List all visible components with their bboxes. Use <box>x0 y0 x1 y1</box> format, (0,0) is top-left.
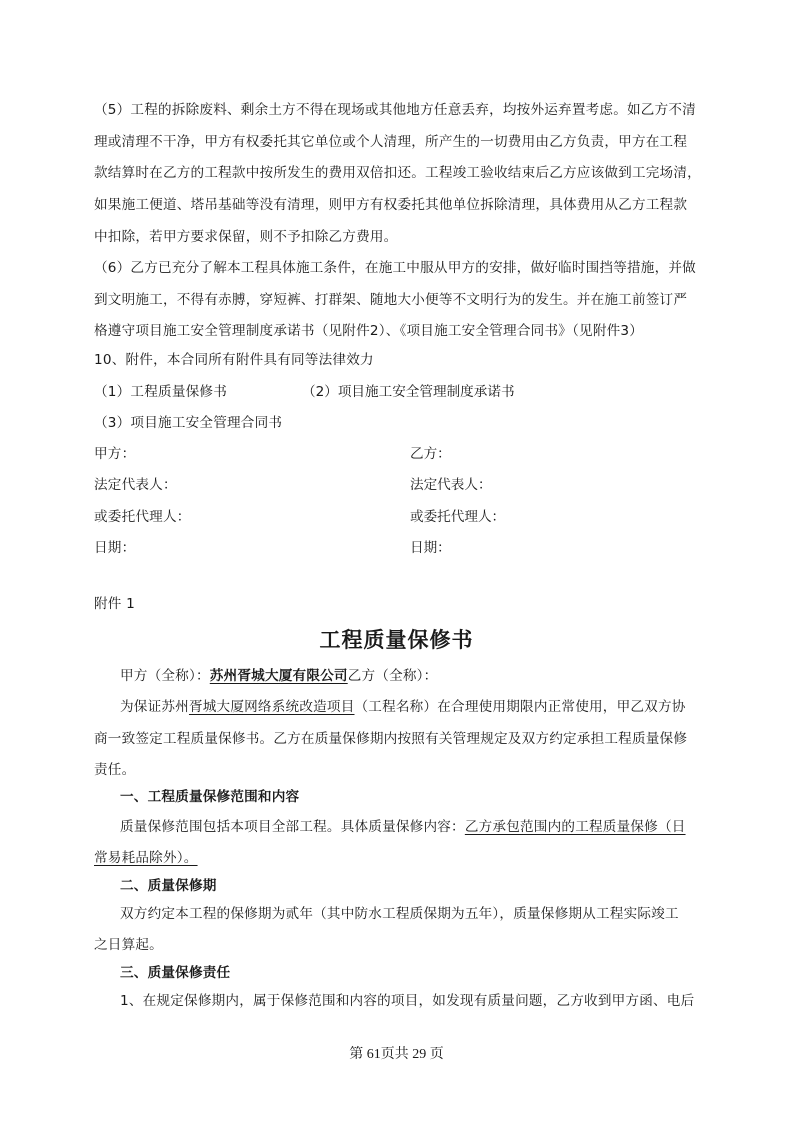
intro-line-3: 责任。 <box>94 760 704 780</box>
section1-line-1: 质量保修范围包括本项目全部工程。具体质量保修内容：乙方承包范围内的工程质量保修（… <box>120 817 730 837</box>
party-b-date: 日期： <box>410 538 451 558</box>
clause6-line-1: （6）乙方已充分了解本工程具体施工条件，在施工中服从甲方的安排，做好临时围挡等措… <box>94 258 704 278</box>
intro-prefix: 为保证苏州 <box>120 699 189 715</box>
clause10: 10、附件，本合同所有附件具有同等法律效力 <box>94 350 704 370</box>
party-a-agent: 或委托代理人： <box>94 507 704 527</box>
document-page: （5）工程的拆除废料、剩余土方不得在现场或其他地方任意丢弃，均按外运弃置考虑。如… <box>0 0 793 1122</box>
party-a-name: 苏州胥城大厦有限公司 <box>210 668 348 684</box>
attachment-3: （3）项目施工安全管理合同书 <box>94 413 704 433</box>
section3-heading: 三、质量保修责任 <box>120 963 730 983</box>
clause6-line-2: 到文明施工，不得有赤膊，穿短裤、打群架、随地大小便等不文明行为的发生。并在施工前… <box>94 290 704 310</box>
warranty-title: 工程质量保修书 <box>0 624 793 654</box>
section1-underlined-2: 常易耗品除外）。 <box>94 850 198 866</box>
page-number-footer: 第 61页共 29 页 <box>0 1043 793 1063</box>
section3-line-1: 1、在规定保修期内，属于保修范围和内容的项目，如发现有质量问题，乙方收到甲方函、… <box>120 991 730 1011</box>
clause5-line-4: 如果施工便道、塔吊基础等没有清理，则甲方有权委托其他单位拆除清理，具体费用从乙方… <box>94 195 704 215</box>
parties-line: 甲方（全称）：苏州胥城大厦有限公司乙方（全称）： <box>120 666 730 686</box>
section1-underlined-1: 乙方承包范围内的工程质量保修（日 <box>465 819 686 835</box>
attachment-2: （2）项目施工安全管理制度承诺书 <box>302 382 515 402</box>
clause6-line-3: 格遵守项目施工安全管理制度承诺书（见附件2）、《项目施工安全管理合同书》（见附件… <box>94 321 704 341</box>
clause5-line-1: （5）工程的拆除废料、剩余土方不得在现场或其他地方任意丢弃，均按外运弃置考虑。如… <box>94 100 704 120</box>
party-a-label: 甲方（全称）： <box>120 668 210 684</box>
party-a-signature-label: 甲方： <box>94 444 704 464</box>
section1-prefix: 质量保修范围包括本项目全部工程。具体质量保修内容： <box>120 819 465 835</box>
party-b-signature-label: 乙方： <box>410 444 451 464</box>
section2-heading: 二、质量保修期 <box>120 876 730 896</box>
project-name: 胥城大厦网络系统改造项目 <box>189 699 355 715</box>
intro-line-2: 商一致签定工程质量保修书。乙方在质量保修期内按照有关管理规定及双方约定承担工程质… <box>94 729 704 749</box>
party-a-date: 日期： <box>94 538 704 558</box>
intro-line-1: 为保证苏州胥城大厦网络系统改造项目（工程名称）在合理使用期限内正常使用，甲乙双方… <box>120 697 730 717</box>
clause5-line-3: 款结算时在乙方的工程款中按所发生的费用双倍扣还。工程竣工验收结束后乙方应该做到工… <box>94 163 704 183</box>
section1-heading: 一、工程质量保修范围和内容 <box>120 787 730 807</box>
section2-line-1: 双方约定本工程的保修期为贰年（其中防水工程质保期为五年），质量保修期从工程实际竣… <box>120 904 730 924</box>
section2-line-2: 之日算起。 <box>94 935 704 955</box>
party-b-agent: 或委托代理人： <box>410 507 505 527</box>
clause5-line-2: 理或清理不干净，甲方有权委托其它单位或个人清理，所产生的一切费用由乙方负责，甲方… <box>94 132 704 152</box>
party-b-legal-rep: 法定代表人： <box>410 475 492 495</box>
party-b-label: 乙方（全称）： <box>348 668 438 684</box>
section1-line-2: 常易耗品除外）。 <box>94 848 704 868</box>
party-a-legal-rep: 法定代表人： <box>94 475 704 495</box>
clause5-line-5: 中扣除，若甲方要求保留，则不予扣除乙方费用。 <box>94 227 704 247</box>
intro-suffix: （工程名称）在合理使用期限内正常使用，甲乙双方协 <box>355 699 686 715</box>
appendix-label: 附件 1 <box>94 594 704 614</box>
